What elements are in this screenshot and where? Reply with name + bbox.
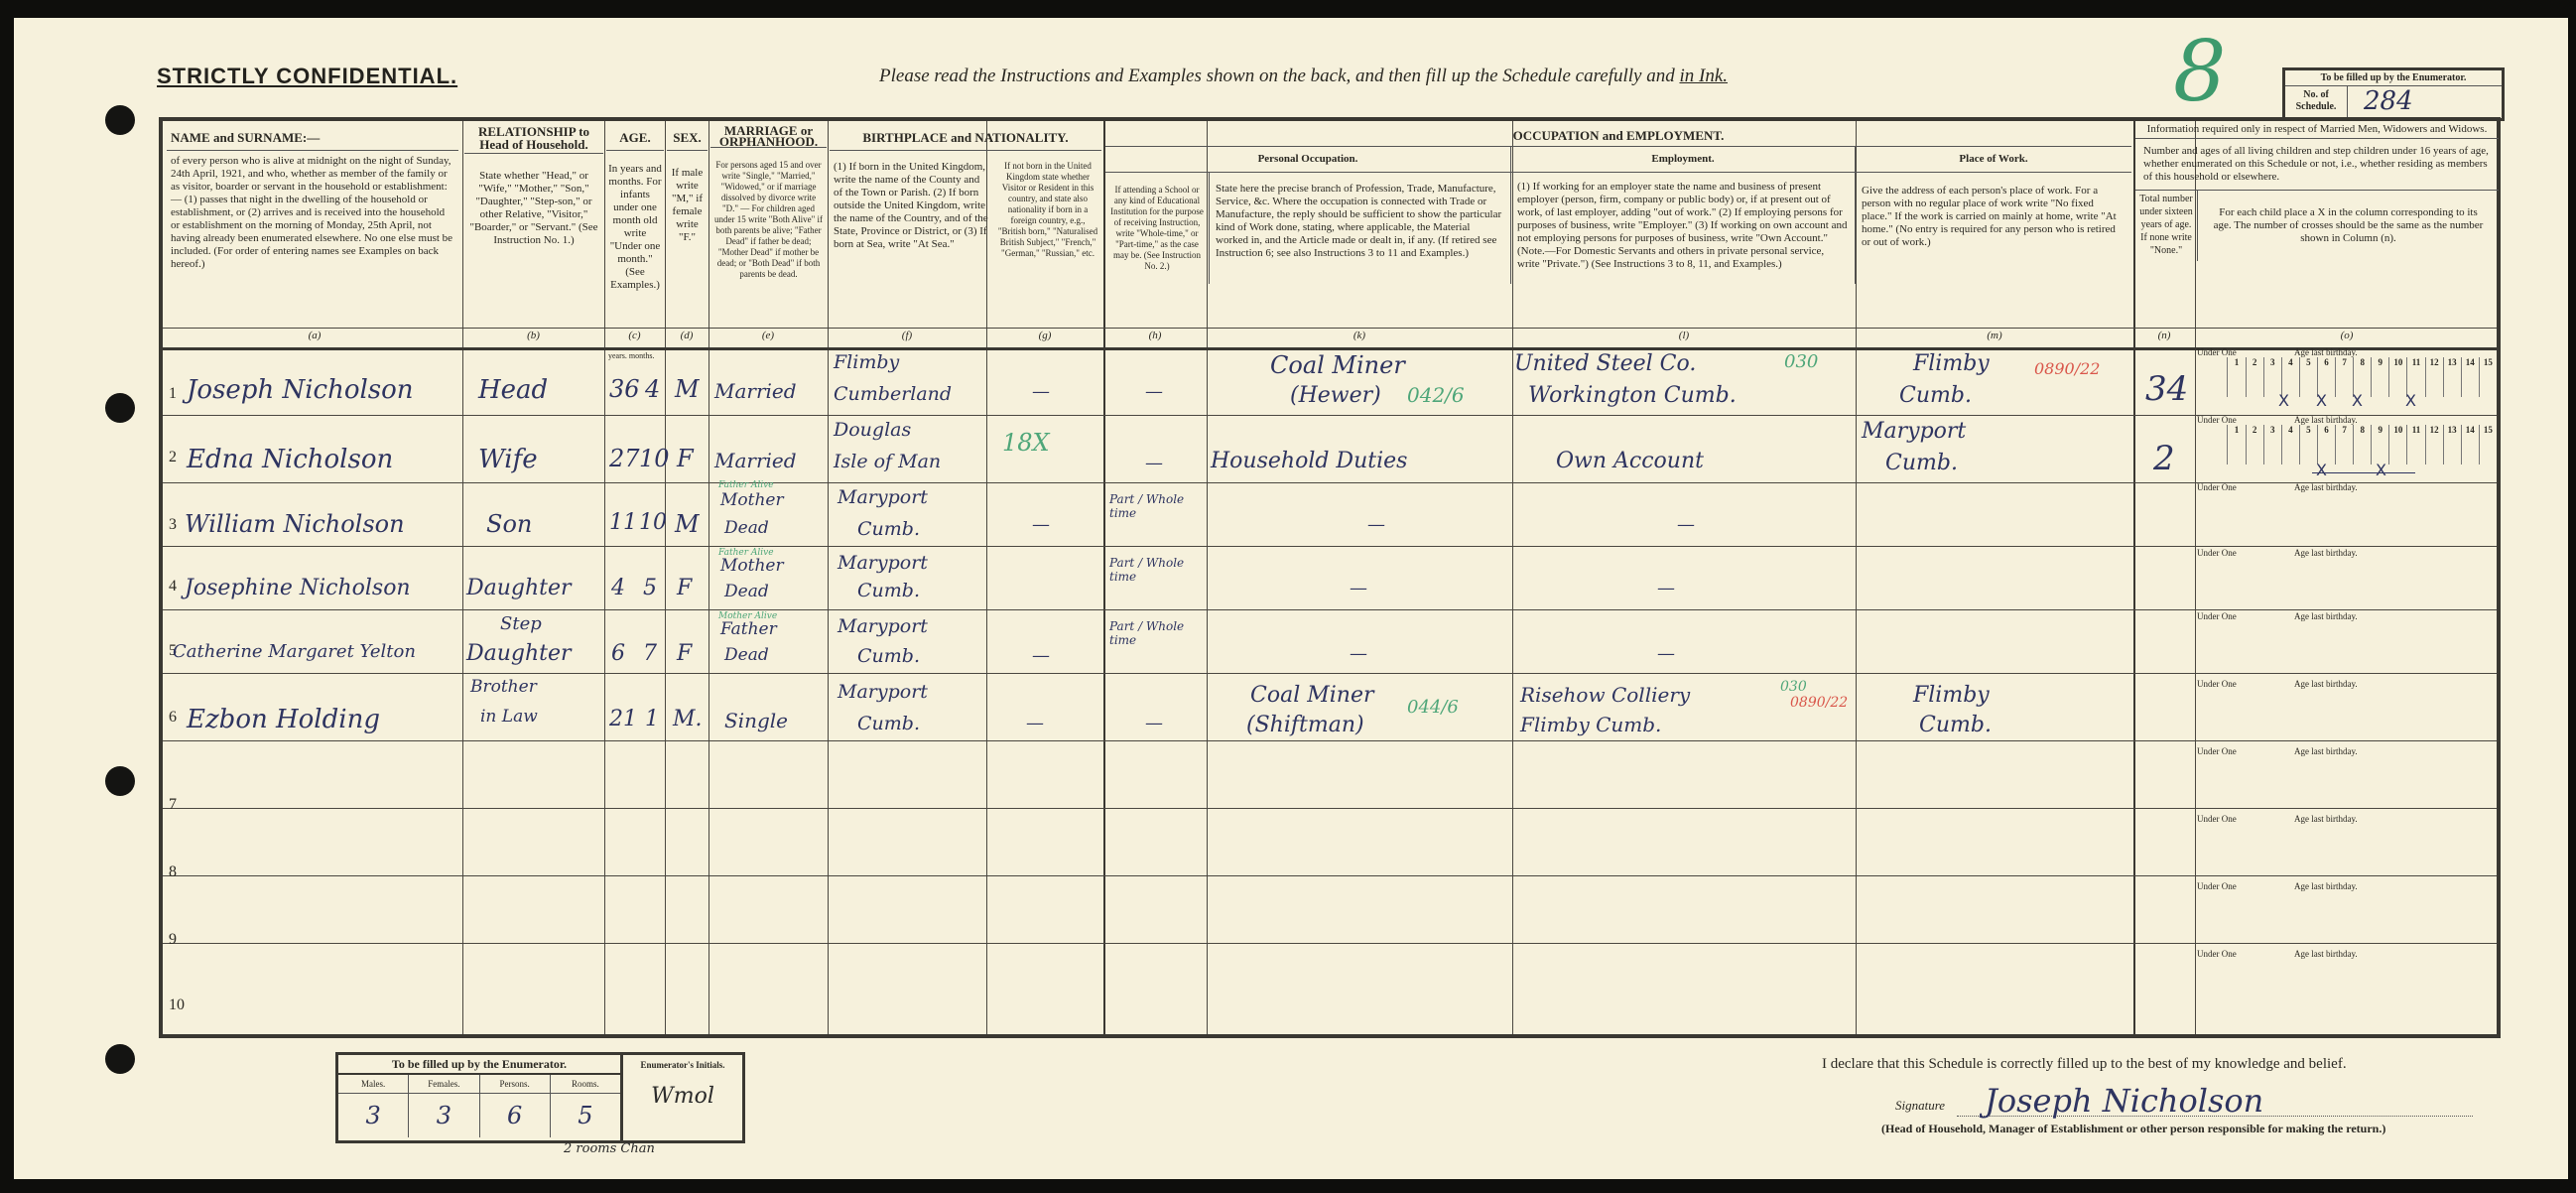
person-relationship: Wife [478,445,538,474]
col-letter: (f) [828,330,986,341]
person-relationship: Head [478,375,548,405]
age-grid-row-10: Under OneAge last birthday. [2195,949,2497,1008]
birthplace: Maryport [837,681,928,703]
row-number: 7 [169,796,177,814]
age-caption: Age last birthday. [2294,949,2358,959]
age-caption: Age last birthday. [2294,548,2358,558]
age-caption: Age last birthday. [2294,415,2358,425]
person-relationship-prefix: Step [500,613,542,634]
age-col: 5 [2299,425,2317,464]
enumerator-totals-box: To be filled up by the Enumerator. Males… [335,1052,623,1143]
workplace: Flimby [1913,351,1990,376]
marriage-status-detail: Dead [724,518,769,538]
person-relationship-detail: in Law [480,707,538,727]
age-col: 15 [2479,425,2497,464]
persons-value: 6 [479,1094,550,1137]
occupation-code: 044/6 [1407,697,1459,718]
person-name: Ezbon Holding [187,705,380,734]
person-name: Josephine Nicholson [185,576,411,600]
person-name: Edna Nicholson [187,445,393,474]
age-caption: Age last birthday. [2294,814,2358,824]
child-age-x: X [2278,391,2289,410]
age-col: 6 [2317,425,2335,464]
children-total: 34 [2145,369,2188,409]
schooling: Part / Whole time [1109,556,1199,584]
col-letter: (h) [1103,330,1207,341]
age-col: 14 [2461,357,2479,397]
age-subheader: years. months. [608,351,654,360]
child-age-x: X [2352,391,2363,410]
header-personal-occupation-title: Personal Occupation. [1105,147,1510,173]
employer: United Steel Co. [1514,351,1696,376]
birthplace-county: Cumb. [857,645,920,667]
birthplace-county: Cumberland [834,383,952,405]
workplace-code: 0890/22 [2034,359,2100,378]
nationality: — [1032,514,1050,535]
age-caption: Age last birthday. [2294,482,2358,492]
person-relationship: Son [486,510,532,538]
age-col: 12 [2425,357,2443,397]
marriage-status: Single [724,709,788,732]
header-personal-occupation: Personal Occupation. If attending a Scho… [1105,147,1511,284]
row-rule [163,943,2497,944]
row-rule [163,875,2497,876]
workplace-code: 0890/22 [1790,695,1848,711]
employer: Risehow Colliery [1520,683,1690,707]
header-relationship-body: State whether "Head," or "Wife," "Mother… [464,154,603,263]
col-letter: (o) [2195,330,2499,341]
header-name-title: NAME and SURNAME:— [167,125,458,151]
age-grid-row-6: Under OneAge last birthday. [2195,679,2497,738]
person-name: William Nicholson [185,510,405,538]
birthplace: Maryport [837,486,928,508]
under-one-label: Under One [2197,679,2237,689]
females-value: 3 [408,1094,478,1137]
row-rule [163,808,2497,809]
sex: M [675,510,700,538]
col-divider [665,121,666,1034]
header-relationship: RELATIONSHIP to Head of Household. State… [464,125,603,263]
sex: F [677,641,692,666]
row-rule [163,415,2497,416]
birthplace-county: Cumb. [857,580,920,601]
under-one-label: Under One [2197,347,2237,357]
birthplace-county: Cumb. [857,518,920,540]
child-age-x: X [2316,461,2327,479]
header-occupation-body: State here the precise branch of Profess… [1210,173,1510,284]
header-birthplace-title: BIRTHPLACE and NATIONALITY. [830,125,1101,151]
letter-row-rule [163,328,2497,329]
age-months: 7 [643,641,657,666]
age-grid-row-3: Under OneAge last birthday. [2195,482,2497,542]
under-one-label: Under One [2197,482,2237,492]
age-columns: 123456789101112131415 [2195,425,2497,464]
row-number: 1 [169,385,177,403]
occupation: Coal Miner [1250,683,1374,708]
col-letter: (n) [2133,330,2195,341]
age-col: 1 [2227,425,2245,464]
signature-caption: (Head of Household, Manager of Establish… [1881,1122,2385,1136]
age-col: 13 [2443,425,2461,464]
col-divider [828,121,829,1034]
header-children-intro: Number and ages of all living children a… [2135,139,2499,191]
schedule-number-value: 284 [2348,86,2502,117]
age-years: 11 [609,510,637,535]
person-relationship: Daughter [466,641,572,666]
header-sex-body: If male write "M," if female write "F." [667,151,708,260]
age-years: 4 [611,576,625,600]
under-one-label: Under One [2197,881,2237,891]
header-place-of-work: Place of Work. Give the address of each … [1856,147,2131,284]
col-letter: (k) [1207,330,1512,341]
child-age-x: X [2376,461,2386,479]
age-months: 5 [643,576,657,600]
age-col: 5 [2299,357,2317,397]
age-col: 11 [2406,425,2424,464]
punch-hole [105,1044,135,1074]
employment: — [1657,643,1675,664]
row-number: 2 [169,449,177,466]
nationality: — [1032,645,1050,666]
employer-location: Workington Cumb. [1528,383,1737,408]
under-one-label: Under One [2197,814,2237,824]
header-marriage-body: For persons aged 15 and over write "Sing… [710,148,827,292]
age-grid-row-8: Under OneAge last birthday. [2195,814,2497,873]
employer-location: Flimby Cumb. [1520,713,1661,736]
occupation: Coal Miner [1270,351,1405,379]
age-grid-row-1: Under One Age last birthday. 12345678910… [2195,347,2497,411]
row-rule [163,546,2497,547]
age-col: 3 [2263,425,2281,464]
age-col: 1 [2227,357,2245,397]
row-number: 3 [169,516,177,534]
person-name: Catherine Margaret Yelton [173,641,416,662]
instructions-emphasis: in Ink. [1679,66,1728,86]
col-divider [462,121,463,1034]
schedule-box-title: To be filled up by the Enumerator. [2285,70,2502,86]
males-label: Males. [338,1075,408,1093]
occupation: — [1350,578,1367,598]
employment: — [1657,578,1675,598]
header-name-body: of every person who is alive at midnight… [167,151,458,275]
col-letter: (m) [1856,330,2133,341]
age-years: 21 [609,707,637,731]
header-relationship-title: RELATIONSHIP to Head of Household. [464,125,603,154]
header-sex: SEX. If male write "M," if female write … [667,125,708,260]
header-occupation: OCCUPATION and EMPLOYMENT. Personal Occu… [1105,125,2131,284]
age-grid-row-7: Under OneAge last birthday. [2195,746,2497,806]
occupation: Household Duties [1211,449,1407,473]
children-total: 2 [2153,439,2175,478]
marriage-status: Mother [720,490,784,510]
age-col: 9 [2371,425,2388,464]
birthplace: Maryport [837,615,928,637]
age-years: 27 [609,445,640,472]
occupation-detail: (Shiftman) [1246,713,1364,737]
under-one-label: Under One [2197,548,2237,558]
age-col: 10 [2388,357,2406,397]
enumerator-totals-title: To be filled up by the Enumerator. [338,1055,620,1075]
green-annotation: 8 [2173,30,2226,113]
occupation: — [1367,514,1385,535]
initials-value: Wmol [623,1084,742,1109]
age-caption: Age last birthday. [2294,679,2358,689]
under-one-label: Under One [2197,415,2237,425]
row-number: 9 [169,931,177,949]
age-col: 14 [2461,425,2479,464]
males-value: 3 [338,1094,408,1137]
census-table: NAME and SURNAME:— of every person who i… [159,117,2501,1038]
marriage-status: Father [720,619,777,639]
person-name: Joseph Nicholson [187,375,414,405]
employment-code: 030 [1784,351,1818,372]
age-col: 7 [2335,357,2353,397]
females-label: Females. [408,1075,478,1093]
signature-label: Signature [1895,1098,1945,1114]
strikethrough-line [2312,472,2415,473]
age-col: 12 [2425,425,2443,464]
header-marriage-title: MARRIAGE or ORPHANHOOD. [710,125,827,148]
age-col: 2 [2246,425,2263,464]
col-letter: (g) [986,330,1103,341]
birthplace: Douglas [834,419,911,441]
age-grid-row-5: Under OneAge last birthday. [2195,611,2497,671]
punch-hole [105,766,135,796]
under-one-label: Under One [2197,611,2237,621]
age-caption: Age last birthday. [2294,746,2358,756]
header-birthplace-body: (1) If born in the United Kingdom, write… [830,151,994,269]
rooms-note: 2 rooms Chan [564,1141,655,1156]
header-schooling-body: If attending a School or any kind of Edu… [1105,173,1210,284]
schooling: — [1145,713,1163,733]
occupation-code: 042/6 [1407,383,1465,407]
header-children-group: Information required only in respect of … [2135,121,2499,139]
header-nationality-body: If not born in the United Kingdom state … [994,151,1101,269]
age-caption: Age last birthday. [2294,347,2358,357]
header-age-body: In years and months. For infants under o… [606,151,664,304]
workplace-county: Cumb. [1899,383,1972,408]
sex: F [677,576,692,600]
row-number: 4 [169,578,177,596]
workplace: Flimby [1913,683,1990,708]
sex: M. [673,707,703,731]
age-caption: Age last birthday. [2294,611,2358,621]
workplace: Maryport [1862,419,1966,444]
marriage-annotation: Father Alive [718,480,774,490]
header-age-title: AGE. [606,125,664,151]
instructions-text: Please read the Instructions and Example… [879,66,1679,86]
col-letter: (c) [604,330,665,341]
age-months: 10 [639,445,670,472]
header-ages-body: For each child place a X in the column c… [2198,191,2499,261]
schooling: Part / Whole time [1109,619,1199,647]
schooling: — [1145,381,1163,402]
col-letter: (d) [665,330,708,341]
nationality: — [1032,381,1050,402]
header-occupation-title: OCCUPATION and EMPLOYMENT. [1105,125,2131,147]
age-columns: 123456789101112131415 [2195,357,2497,397]
header-employment-title: Employment. [1511,147,1855,173]
nationality: — [1026,713,1044,733]
enumerator-initials-box: Enumerator's Initials. Wmol [620,1052,745,1143]
header-age: AGE. In years and months. For infants un… [606,125,664,304]
person-relationship: Brother [470,677,537,697]
header-place-of-work-title: Place of Work. [1856,147,2131,173]
page-title: STRICTLY CONFIDENTIAL. [157,64,457,89]
age-col: 13 [2443,357,2461,397]
marriage-status-detail: Dead [724,582,769,601]
sex: M [675,375,700,403]
employment: Own Account [1556,449,1704,473]
instructions-line: Please read the Instructions and Example… [879,66,1728,87]
under-one-label: Under One [2197,949,2237,959]
schedule-number-box: To be filled up by the Enumerator. No. o… [2282,67,2505,121]
header-place-of-work-body: Give the address of each person's place … [1856,173,2131,261]
birthplace: Maryport [837,552,928,574]
rooms-value: 5 [550,1094,620,1137]
under-one-label: Under One [2197,746,2237,756]
header-bottom-rule [163,347,2497,350]
col-letter: (e) [708,330,828,341]
header-name: NAME and SURNAME:— of every person who i… [167,125,458,275]
age-months: 1 [645,707,659,731]
age-months: 10 [639,510,667,535]
declaration-text: I declare that this Schedule is correctl… [1822,1056,2347,1073]
schooling: — [1145,453,1163,473]
col-divider [604,121,605,1034]
marriage-status: Married [714,379,797,403]
header-children: Information required only in respect of … [2135,121,2499,261]
age-col: 4 [2281,425,2299,464]
header-birthplace: BIRTHPLACE and NATIONALITY. (1) If born … [830,125,1101,269]
row-number: 10 [169,996,185,1014]
age-grid-row-4: Under OneAge last birthday. [2195,548,2497,607]
marriage-status: Married [714,449,797,472]
nationality-code: 18X [1002,429,1050,457]
age-col: 2 [2246,357,2263,397]
age-col: 9 [2371,357,2388,397]
age-grid-row-9: Under OneAge last birthday. [2195,881,2497,941]
child-age-x: X [2316,391,2327,410]
birthplace-country: Isle of Man [834,451,941,472]
child-age-x: X [2405,391,2416,410]
col-letter: (l) [1512,330,1856,341]
row-rule [163,673,2497,674]
employment: — [1677,514,1695,535]
header-marriage: MARRIAGE or ORPHANHOOD. For persons aged… [710,125,827,292]
person-relationship: Daughter [466,576,572,600]
age-grid-row-2: Under One Age last birthday. 12345678910… [2195,415,2497,478]
age-years: 6 [611,641,625,666]
birthplace: Flimby [834,351,899,373]
workplace-county: Cumb. [1919,713,1992,737]
rooms-label: Rooms. [550,1075,620,1093]
header-employment-body: (1) If working for an employer state the… [1511,173,1855,279]
age-col: 15 [2479,357,2497,397]
employment-code: 030 [1780,679,1807,695]
schedule-number-label: No. of Schedule. [2285,86,2348,117]
occupation-detail: (Hewer) [1290,383,1381,408]
punch-hole [105,105,135,135]
age-col: 8 [2353,425,2371,464]
row-number: 6 [169,709,177,727]
age-years: 36 [609,375,640,403]
persons-label: Persons. [479,1075,550,1093]
header-total-body: Total number under sixteen years of age.… [2135,191,2198,261]
punch-hole [105,393,135,423]
header-employment: Employment. (1) If working for an employ… [1511,147,1856,284]
birthplace-county: Cumb. [857,713,920,734]
age-col: 10 [2388,425,2406,464]
sex: F [677,445,694,472]
row-rule [163,740,2497,741]
age-caption: Age last birthday. [2294,881,2358,891]
schooling: Part / Whole time [1109,492,1199,520]
occupation: — [1350,643,1367,664]
col-letter: (a) [167,330,462,341]
row-number: 8 [169,863,177,881]
marriage-status: Mother [720,556,784,576]
age-months: 4 [645,375,660,403]
signature: Joseph Nicholson [1985,1082,2263,1120]
col-letter: (b) [462,330,604,341]
row-rule [163,609,2497,610]
row-rule [163,482,2497,483]
initials-label: Enumerator's Initials. [623,1055,742,1070]
col-divider [708,121,709,1034]
workplace-county: Cumb. [1885,451,1958,475]
age-col: 7 [2335,425,2353,464]
marriage-status-detail: Dead [724,645,769,665]
header-sex-title: SEX. [667,125,708,151]
